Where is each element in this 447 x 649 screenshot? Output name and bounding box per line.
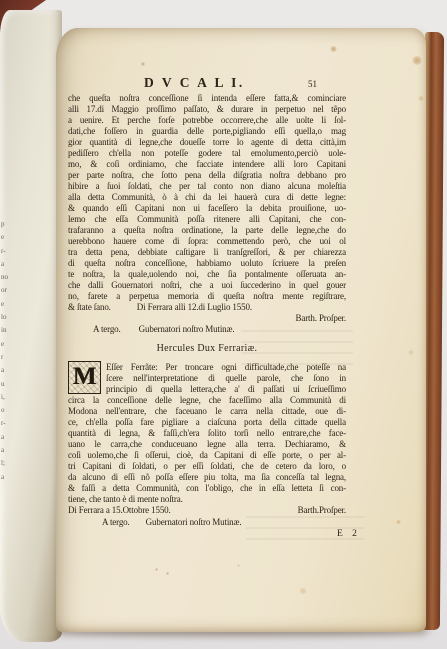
a-tergo-line: A tergo. Gubernatori noſtro Mutinæ. <box>68 324 346 335</box>
closing-line: & ſtate ſano. Di Ferrara alli 12.di Lugl… <box>68 302 346 313</box>
text-fragment: i, <box>1 391 12 404</box>
text-fragment: a <box>1 258 12 271</box>
text-line: che dalli Gouernatori noſtri, che a uoi … <box>68 280 346 291</box>
text-line: alli 17.di Maggio proſſimo paſſato, & du… <box>68 104 346 115</box>
text-line: che queſta noſtra conceſſione ſi intenda… <box>68 93 346 104</box>
text-line: tra detta pena, debbiate caſtigare li tr… <box>68 247 346 258</box>
text-line: & faſſi a detta Communità, con l'obligo,… <box>68 483 346 494</box>
text-fragment: e <box>1 338 12 351</box>
photo-backdrop: per-anooreloineraui,or-aal;a D V C A L I… <box>0 0 447 649</box>
text-fragment: o <box>1 404 12 417</box>
text-line: trafaranno a queſta noſtra ordinatione, … <box>68 225 346 236</box>
foxing-spot <box>408 350 414 355</box>
text-line: dati,che foſſero in guardia delle porte,… <box>68 126 346 137</box>
a-tergo-label: A tergo. <box>93 324 121 335</box>
foxing-spot <box>418 96 424 101</box>
closing-line-2: Di Ferrara a 15.Ottobre 1550. Barth.Proſ… <box>68 505 346 516</box>
text-fragment: no <box>1 271 12 284</box>
text-line: mo, & coſi ordiniamo, che facciate inten… <box>68 159 346 170</box>
foxing-spot <box>396 520 401 524</box>
a-tergo-address: Gubernatori noſtro Mutinæ. <box>146 517 242 528</box>
text-line: hibire a ſuoi ſoldati, che per tal conto… <box>68 181 346 192</box>
signature-barth-prosper: Barth. Proſper. <box>68 313 346 324</box>
text-line: alla detta Communità, ò à chi da lei hau… <box>68 192 346 203</box>
text-fragment: or <box>1 284 12 297</box>
text-fragment: r- <box>1 417 12 430</box>
text-line: ſcere nell'interpretatione di quelle par… <box>106 373 346 384</box>
foxing-spot <box>237 564 240 567</box>
paragraph-hercules-indent: Eſſer Ferrãte: Per troncare ogni difficu… <box>106 362 346 395</box>
text-fragment: lo <box>1 311 12 324</box>
a-tergo-line-2: A tergo. Gubernatori noſtro Mutinæ. <box>68 517 346 528</box>
text-fragment: r- <box>1 245 12 258</box>
text-line: da alcuno di eſſi nõ poſſa eſſere piu to… <box>68 472 346 483</box>
a-tergo-label: A tergo. <box>102 517 130 528</box>
paragraph-hercules-last-line: tiene, che tanto è di mente noſtra. <box>68 494 346 505</box>
text-line: per parte noſtra, che ſotto pena della d… <box>68 170 346 181</box>
foxing-spot <box>330 46 337 52</box>
text-line: pediſſero ch'ella non poteſſe godere tal… <box>68 148 346 159</box>
page-number: 51 <box>308 79 317 89</box>
dateline-ferrara-ottobre: Di Ferrara a 15.Ottobre 1550. <box>68 505 171 516</box>
text-line: Modona nell'entrare, che faceuano le car… <box>68 406 346 417</box>
a-tergo-address: Gubernatori noſtro Mutinæ. <box>139 324 235 335</box>
text-fragment: a <box>1 431 12 444</box>
text-fragment: in <box>1 324 12 337</box>
gathering-signature-mark: E 2 <box>337 529 357 539</box>
text-line: uano le carra,che conduceuano legne alla… <box>68 439 346 450</box>
text-fragment: r <box>1 351 12 364</box>
text-line: a uenire. Et perche forſe potrebbe occor… <box>68 115 346 126</box>
foxing-spot <box>141 62 145 66</box>
text-line: quantità di legna, & faſſi,ch'era ſolito… <box>68 428 346 439</box>
facing-page-text-fragments: per-anooreloineraui,or-aal;a <box>1 218 12 484</box>
paragraph-ducali-letter: che queſta noſtra conceſſione ſi intenda… <box>68 93 346 302</box>
text-fragment: a <box>1 471 12 484</box>
foxing-spot <box>166 572 169 575</box>
text-line: Eſſer Ferrãte: Per troncare ogni difficu… <box>106 362 346 373</box>
text-line: coſi uolemo,che ſi oſſerui, cioè, da Cap… <box>68 450 346 461</box>
text-line: tri Capitani di ſoldati, o per eſſi ſold… <box>68 461 346 472</box>
drop-cap-initial: M <box>68 361 101 394</box>
text-fragment: l; <box>1 457 12 470</box>
text-line: circa la conceſſione delle legne, che fa… <box>68 395 346 406</box>
text-line: gior quantità di legne,che doueſſe torre… <box>68 137 346 148</box>
text-line: tiene, che tanto è di mente noſtra. <box>68 494 346 505</box>
signature-barth-prosper-2: Barth.Proſper. <box>298 505 346 516</box>
text-line: & quando eſſi Capitani non ui faceſſero … <box>68 203 346 214</box>
text-fragment: e <box>1 298 12 311</box>
text-line: te noſtra, la quale,uolendo noi, che ſia… <box>68 269 346 280</box>
heading-hercules-dux: Hercules Dux Ferrariæ. <box>68 343 346 354</box>
running-head-title: D V C A L I. <box>144 75 245 91</box>
text-fragment: u <box>1 378 12 391</box>
text-fragment: a <box>1 444 12 457</box>
text-fragment: p <box>1 218 12 231</box>
foxing-spot <box>412 56 422 65</box>
book-page: D V C A L I. 51 che queſta noſtra conceſ… <box>56 28 426 632</box>
foxing-spot <box>155 568 158 571</box>
text-fragment: a <box>1 364 12 377</box>
paragraph-hercules-body: circa la conceſſione delle legne, che fa… <box>68 395 346 494</box>
closing-salute: & ſtate ſano. <box>68 302 111 313</box>
text-line: di queſta noſtra conceſſione, habbiamo u… <box>68 258 346 269</box>
text-line: lemo che eſſa Communità poſſa ritenere a… <box>68 214 346 225</box>
drop-cap-letter: M <box>73 363 97 390</box>
foxing-spot <box>299 588 307 594</box>
text-fragment: e <box>1 231 12 244</box>
dateline-ferrara-luglio: Di Ferrara alli 12.di Luglio 1550. <box>137 302 252 313</box>
text-line: uerebbono hauere come di ſopra: commette… <box>68 236 346 247</box>
text-line: no, farete a perpetua memoria di queſta … <box>68 291 346 302</box>
text-line: principio di quella lettera,che a' dì pa… <box>106 384 346 395</box>
text-line: ce, ch'ella poſſa fare pigliare a ciaſcu… <box>68 417 346 428</box>
